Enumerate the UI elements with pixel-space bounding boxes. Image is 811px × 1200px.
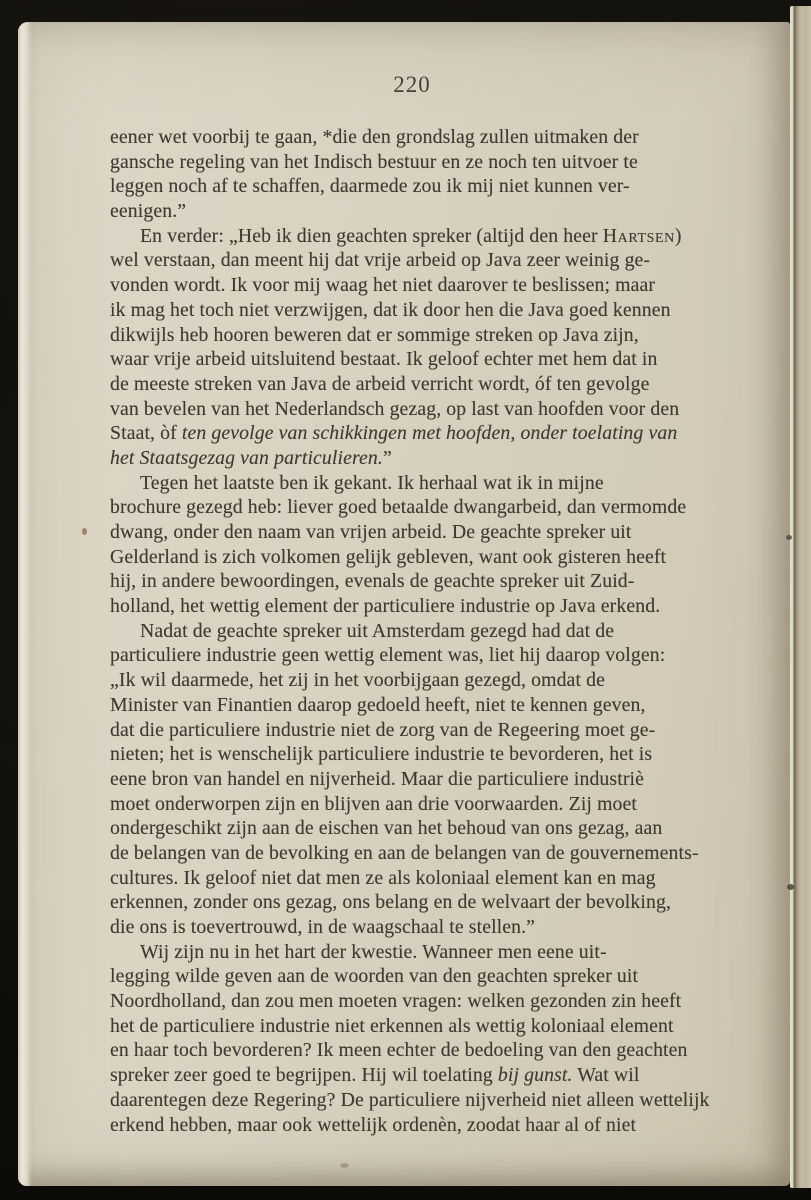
text-segment: de meeste streken van Java de arbeid ver… [110,373,649,395]
text-segment: spreker zeer goed te begrijpen. Hij wil … [110,1064,498,1086]
text-segment: bij gunst. [498,1064,573,1086]
text-line: wel verstaan, dan meent hij dat vrije ar… [110,248,714,273]
text-segment: brochure gezegd heb: liever goed betaald… [110,496,686,518]
text-line: erkennen, zonder ons gezag, ons belang e… [110,890,714,915]
text-line: het de particuliere industrie niet erken… [110,1014,714,1039]
text-line: brochure gezegd heb: liever goed betaald… [110,495,714,520]
text-segment: die ons is toevertrouwd, in de waagschaa… [110,916,535,938]
text-segment: En verder: „Heb ik dien geachten spreker… [140,225,603,247]
text-segment: dikwijls heb hooren beweren dat er sommi… [110,324,639,346]
text-segment: eene bron van handel en nijverheid. Maar… [110,768,644,790]
text-line: van bevelen van het Nederlandsch gezag, … [110,397,714,422]
text-line: nieten; het is wenschelijk particuliere … [110,742,714,767]
text-line: dikwijls heb hooren beweren dat er sommi… [110,323,714,348]
text-segment: het Staatsgezag van particulieren. [110,447,383,469]
text-block: eener wet voorbij te gaan, *die den gron… [110,125,714,1137]
text-line: die ons is toevertrouwd, in de waagschaa… [110,915,714,940]
text-segment: Wat wil [573,1064,640,1086]
text-line: particuliere industrie geen wettig eleme… [110,643,714,668]
text-segment: legging wilde geven aan de woorden van d… [110,965,638,987]
text-line: dwang, onder den naam van vrijen arbeid.… [110,520,714,545]
text-segment: van bevelen van het Nederlandsch gezag, … [110,398,679,420]
text-line: daarentegen deze Regering? De particulie… [110,1088,714,1113]
text-segment: Hartsen [603,225,675,247]
text-line: de belangen van de bevolking en aan de b… [110,841,714,866]
text-segment: moet onderworpen zijn en blijven aan dri… [110,793,637,815]
text-segment: hij, in andere bewoordingen, evenals de … [110,570,634,592]
text-line: gansche regeling van het Indisch bestuur… [110,150,714,175]
text-segment: ik mag het toch niet verzwijgen, dat ik … [110,299,671,321]
text-line: dat die particuliere industrie niet de z… [110,718,714,743]
text-line: en haar toch bevorderen? Ik meen echter … [110,1038,714,1063]
text-segment: daarentegen deze Regering? De particulie… [110,1089,710,1111]
text-line: vonden wordt. Ik voor mij waag het niet … [110,273,714,298]
text-segment: ten gevolge van schikkingen met hoofden,… [182,422,677,444]
page-speck [786,535,792,540]
text-line: spreker zeer goed te begrijpen. Hij wil … [110,1063,714,1088]
text-line: het Staatsgezag van particulieren.” [110,446,714,471]
text-segment: Noordholland, dan zou men moeten vragen:… [110,990,681,1012]
scan-background: 220 eener wet voorbij te gaan, *die den … [0,0,811,1200]
text-segment: ” [383,447,392,469]
text-line: Gelderland is zich volkomen gelijk geble… [110,545,714,570]
book-page: 220 eener wet voorbij te gaan, *die den … [18,22,790,1186]
text-segment: waar vrije arbeid uitsluitend bestaat. I… [110,348,658,370]
text-segment: vonden wordt. Ik voor mij waag het niet … [110,274,655,296]
text-segment: Wij zijn nu in het hart der kwestie. Wan… [140,941,607,963]
text-segment: wel verstaan, dan meent hij dat vrije ar… [110,249,650,271]
text-segment: nieten; het is wenschelijk particuliere … [110,743,652,765]
text-line: „Ik wil daarmede, het zij in het voorbij… [110,668,714,693]
text-line: Staat, òf ten gevolge van schikkingen me… [110,421,714,446]
text-line: hij, in andere bewoordingen, evenals de … [110,569,714,594]
text-line: eener wet voorbij te gaan, *die den gron… [110,125,714,150]
text-segment: leggen noch af te schaffen, daarmede zou… [110,175,630,197]
adjacent-page-edge [790,6,811,1188]
text-segment: cultures. Ik geloof niet dat men ze als … [110,867,656,889]
text-segment: erkend hebben, maar ook wettelijk ordenè… [110,1114,636,1136]
text-segment: eenigen.” [110,200,186,222]
text-segment: dat die particuliere industrie niet de z… [110,719,655,741]
text-line: legging wilde geven aan de woorden van d… [110,964,714,989]
text-line: Minister van Finantien daarop gedoeld he… [110,693,714,718]
text-segment: Nadat de geachte spreker uit Amsterdam g… [140,620,614,642]
text-line: leggen noch af te schaffen, daarmede zou… [110,174,714,199]
text-line: Noordholland, dan zou men moeten vragen:… [110,989,714,1014]
text-line: erkend hebben, maar ook wettelijk ordenè… [110,1113,714,1138]
text-line: eenigen.” [110,199,714,224]
text-line: de meeste streken van Java de arbeid ver… [110,372,714,397]
text-segment: gansche regeling van het Indisch bestuur… [110,151,638,173]
text-line: holland, het wettig element der particul… [110,594,714,619]
text-segment: ondergeschikt zijn aan de eischen van he… [110,817,662,839]
text-line: Wij zijn nu in het hart der kwestie. Wan… [110,940,714,965]
text-segment: eener wet voorbij te gaan, *die den gron… [110,126,639,148]
text-line: waar vrije arbeid uitsluitend bestaat. I… [110,347,714,372]
page-number: 220 [110,72,714,98]
page-speck [787,884,794,890]
text-line: Nadat de geachte spreker uit Amsterdam g… [110,619,714,644]
text-segment: erkennen, zonder ons gezag, ons belang e… [110,891,671,913]
text-segment: Minister van Finantien daarop gedoeld he… [110,694,646,716]
text-segment: „Ik wil daarmede, het zij in het voorbij… [110,669,605,691]
page-speck [340,1163,349,1168]
ink-speck [82,528,87,535]
text-segment: en haar toch bevorderen? Ik meen echter … [110,1039,688,1061]
text-line: moet onderworpen zijn en blijven aan dri… [110,792,714,817]
text-segment: het de particuliere industrie niet erken… [110,1015,674,1037]
text-line: En verder: „Heb ik dien geachten spreker… [110,224,714,249]
text-segment: ) [675,225,682,247]
text-segment: Tegen het laatste ben ik gekant. Ik herh… [140,472,604,494]
text-segment: holland, het wettig element der particul… [110,595,660,617]
text-segment: particuliere industrie geen wettig eleme… [110,644,665,666]
text-segment: dwang, onder den naam van vrijen arbeid.… [110,521,632,543]
text-line: ondergeschikt zijn aan de eischen van he… [110,816,714,841]
text-segment: Gelderland is zich volkomen gelijk geble… [110,546,666,568]
text-line: Tegen het laatste ben ik gekant. Ik herh… [110,471,714,496]
text-line: ik mag het toch niet verzwijgen, dat ik … [110,298,714,323]
text-segment: Staat, òf [110,422,182,444]
text-line: cultures. Ik geloof niet dat men ze als … [110,866,714,891]
text-line: eene bron van handel en nijverheid. Maar… [110,767,714,792]
text-segment: de belangen van de bevolking en aan de b… [110,842,699,864]
